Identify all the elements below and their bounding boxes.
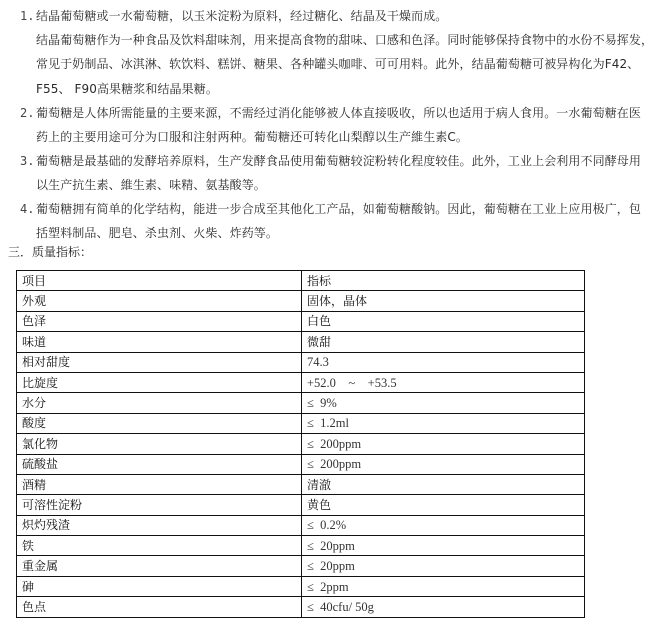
row-item: 味道: [17, 332, 302, 352]
row-value: ≤ 200ppm: [302, 434, 585, 454]
row-value: 74.3: [302, 352, 585, 372]
row-value: +52.0 ~ +53.5: [302, 372, 585, 392]
table-row: 比旋度 +52.0 ~ +53.5: [17, 372, 585, 392]
row-value: ≤ 0.2%: [302, 515, 585, 535]
row-value: ≤ 20ppm: [302, 556, 585, 576]
list-number-3: 3.: [20, 154, 34, 168]
row-item: 氯化物: [17, 434, 302, 454]
section-heading: 三．质量指标：: [8, 245, 92, 259]
row-value: 清澈: [302, 474, 585, 494]
table-row: 砷 ≤ 2ppm: [17, 576, 585, 596]
row-value: ≤ 20ppm: [302, 536, 585, 556]
table-row: 色点 ≤ 40cfu/ 50g: [17, 597, 585, 617]
list-number-2: 2.: [20, 106, 34, 120]
table-row: 外观 固体，晶体: [17, 291, 585, 311]
table-row: 酸度 ≤ 1.2ml: [17, 413, 585, 433]
list-item-1-line-3: 常见于奶制品、冰淇淋、软饮料、糕饼、糖果、各种罐头咖啡、可可用料。此外，结晶葡萄…: [36, 57, 639, 71]
row-value: 黄色: [302, 495, 585, 515]
row-value: 微甜: [302, 332, 585, 352]
row-item: 重金属: [17, 556, 302, 576]
row-item: 水分: [17, 393, 302, 413]
row-item: 铁: [17, 536, 302, 556]
row-item: 外观: [17, 291, 302, 311]
table-row: 可溶性淀粉 黄色: [17, 495, 585, 515]
row-value: ≤ 9%: [302, 393, 585, 413]
row-item: 可溶性淀粉: [17, 495, 302, 515]
list-item-3-line-1: 葡萄糖是最基础的发酵培养原料，生产发酵食品使用葡萄糖较淀粉转化程度较佳。此外，工…: [36, 154, 641, 168]
list-item-4-line-1: 葡萄糖拥有简单的化学结构，能进一步合成至其他化工产品，如葡萄糖酸钠。因此，葡萄糖…: [36, 202, 641, 216]
table-header-row: 项目 指标: [17, 271, 585, 291]
table-row: 重金属 ≤ 20ppm: [17, 556, 585, 576]
row-value: ≤ 1.2ml: [302, 413, 585, 433]
row-value: ≤ 40cfu/ 50g: [302, 597, 585, 617]
list-item-4-line-2: 括塑料制品、肥皂、杀虫剂、火柴、炸药等。: [36, 226, 278, 240]
row-item: 相对甜度: [17, 352, 302, 372]
list-number-1: 1.: [20, 9, 34, 23]
row-item: 砷: [17, 576, 302, 596]
header-spec: 指标: [302, 271, 585, 291]
row-value: 固体，晶体: [302, 291, 585, 311]
table-row: 酒精 清澈: [17, 474, 585, 494]
table-row: 炽灼残渣 ≤ 0.2%: [17, 515, 585, 535]
row-item: 炽灼残渣: [17, 515, 302, 535]
list-item-1-line-4: F55、 F90高果糖浆和结晶果糖。: [36, 82, 218, 96]
header-item: 项目: [17, 271, 302, 291]
table-row: 硫酸盐 ≤ 200ppm: [17, 454, 585, 474]
list-item-1-line-2: 结晶葡萄糖作为一种食品及饮料甜味剂，用来提高食物的甜味、口感和色泽。同时能够保持…: [36, 33, 653, 47]
list-item-2-line-2: 药上的主要用途可分为口服和注射两种。葡萄糖还可转化山梨醇以生产維生素C。: [36, 130, 468, 144]
list-item-1-line-1: 结晶葡萄糖或一水葡萄糖，以玉米淀粉为原料，经过糖化、结晶及干燥而成。: [36, 9, 447, 23]
table-row: 相对甜度 74.3: [17, 352, 585, 372]
list-item-2-line-1: 葡萄糖是人体所需能量的主要来源，不需经过消化能够被人体直接吸收，所以也适用于病人…: [36, 106, 641, 120]
list-number-4: 4.: [20, 202, 34, 216]
table-row: 色泽 白色: [17, 311, 585, 331]
row-item: 色点: [17, 597, 302, 617]
row-item: 硫酸盐: [17, 454, 302, 474]
table-row: 味道 微甜: [17, 332, 585, 352]
table-row: 铁 ≤ 20ppm: [17, 536, 585, 556]
list-item-3-line-2: 以生产抗生素、維生素、味精、氨基酸等。: [36, 178, 266, 192]
row-value: ≤ 2ppm: [302, 576, 585, 596]
table-row: 氯化物 ≤ 200ppm: [17, 434, 585, 454]
row-value: ≤ 200ppm: [302, 454, 585, 474]
row-item: 色泽: [17, 311, 302, 331]
table-row: 水分 ≤ 9%: [17, 393, 585, 413]
row-item: 酸度: [17, 413, 302, 433]
row-value: 白色: [302, 311, 585, 331]
row-item: 酒精: [17, 474, 302, 494]
quality-table: 项目 指标 外观 固体，晶体 色泽 白色 味道 微甜 相对甜度 74.3 比旋度…: [16, 270, 585, 618]
row-item: 比旋度: [17, 372, 302, 392]
